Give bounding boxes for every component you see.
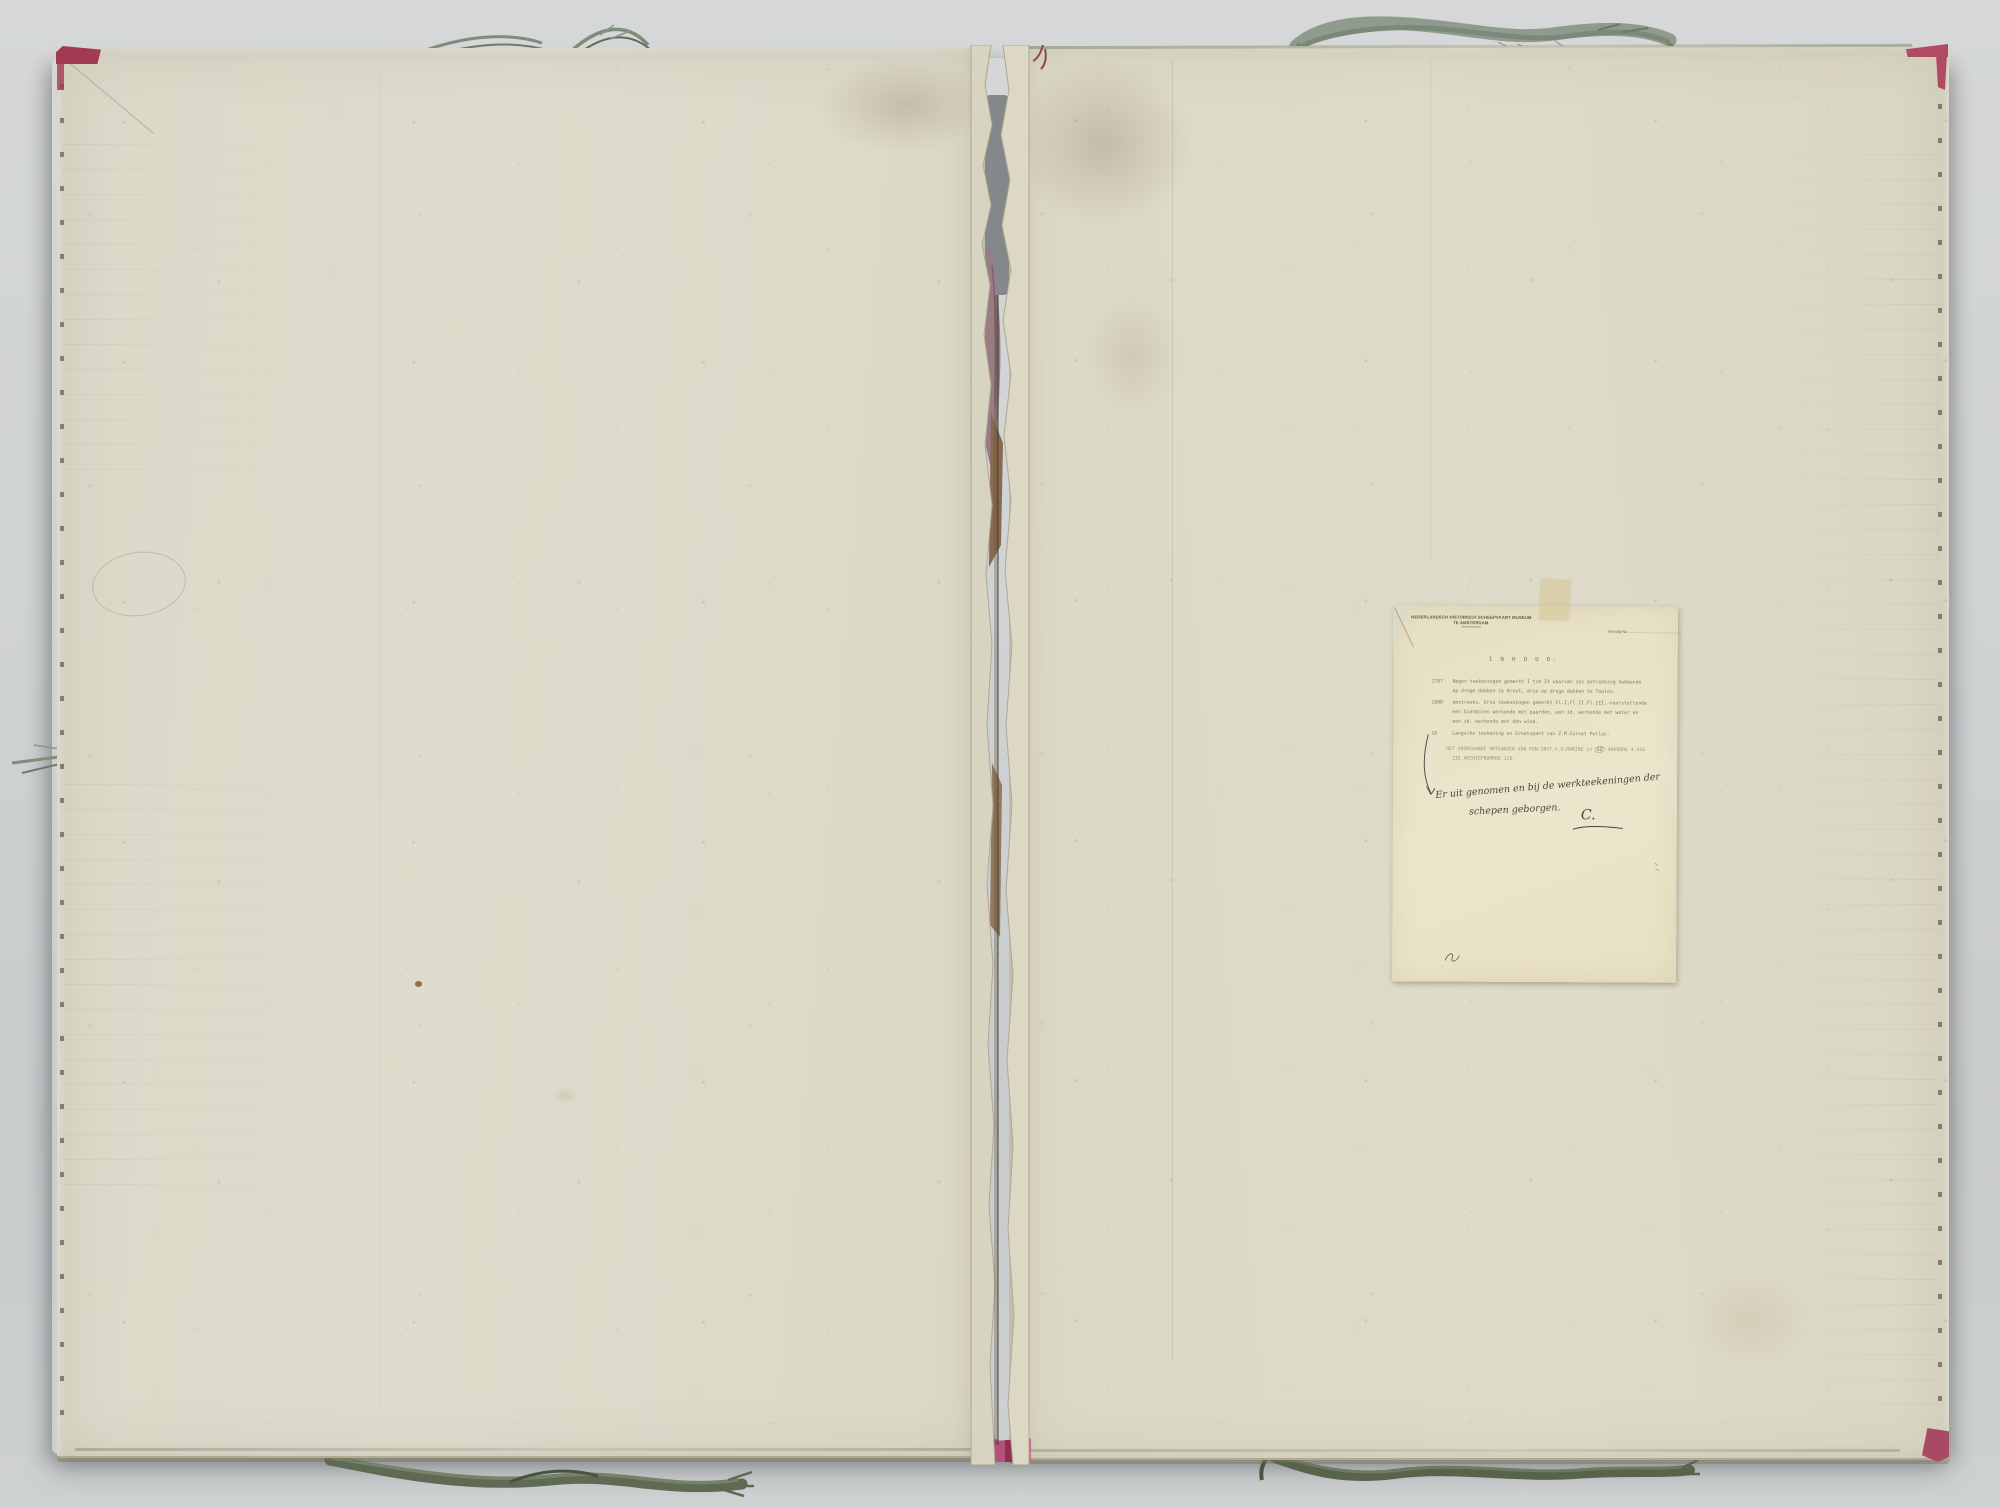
stain (1085, 290, 1180, 420)
vervolg-dotted-line (1630, 632, 1682, 633)
paper-seam (380, 70, 381, 1410)
ink-scribble (1442, 951, 1462, 966)
vervolg-number-field: Vervolg No. (1608, 629, 1682, 634)
pencil-marks (1653, 861, 1663, 873)
stitching-right-edge (1938, 104, 1942, 1434)
vervolg-label: Vervolg No. (1608, 629, 1629, 634)
handwriting-signature: C. (1581, 806, 1596, 823)
signature-flourish (1571, 824, 1626, 832)
handwriting-line1: Er uit genomen en bij de werkteekeningen… (1435, 771, 1665, 801)
cloth-edge-bottom-right-page (1020, 1449, 1900, 1452)
letterhead-line2: TE AMSTERDAM. (1409, 620, 1534, 626)
paper-seam (1430, 60, 1431, 560)
paper-striations-left-top (62, 120, 262, 480)
museum-letterhead: NEDERLANDSCH HISTORISCH SCHEEPVAART MUSE… (1409, 614, 1534, 627)
entry-year: 1800 (1431, 699, 1442, 705)
receipt-inserted-number: 52 (1595, 746, 1606, 754)
stitching-left-edge (60, 84, 64, 1440)
paper-striations-left (62, 760, 292, 1190)
entry-text: een id. werkende met den wind. (1452, 719, 1538, 725)
stain (1690, 1270, 1810, 1370)
pasted-inhoud-note: NEDERLANDSCH HISTORISCH SCHEEPVAART MUSE… (1392, 605, 1678, 982)
photograph-of-open-portfolio: NEDERLANDSCH HISTORISCH SCHEEPVAART MUSE… (0, 0, 2000, 1508)
entry-text: omstreeks. Drie teekeningen gemerkt Fl.I… (1452, 700, 1646, 707)
receipt-text: AKKOORD 4.918 (1608, 747, 1645, 753)
stain (552, 1086, 578, 1104)
entry-text: Langsche teekening en Grootspant van Z.M… (1452, 731, 1609, 737)
entry-text: een bietmolen werkende met paarden, een … (1452, 709, 1638, 715)
receipt-line: ZIE ARCHIEFNUMMER 128. (1452, 756, 1515, 762)
spine-gap (945, 45, 1050, 1465)
entry-year: 1787 (1432, 678, 1443, 684)
letterhead-underline (1462, 627, 1481, 628)
paper-seam (1172, 60, 1173, 1360)
receipt-line: HET VOORGAANDE ONTVANGEN VAN KON.INST.V.… (1446, 746, 1645, 754)
receipt-text: HET VOORGAANDE ONTVANGEN VAN KON.INST.V.… (1446, 746, 1592, 752)
inhoud-title: I N H O U D. (1474, 656, 1574, 663)
entry-text: Negen teekeningen gemerkt I t/m IX waarv… (1453, 679, 1642, 685)
brown-spot (415, 981, 422, 987)
handwriting-line2: schepen geborgen. (1469, 802, 1561, 817)
paper-striations-right (1730, 130, 1940, 1410)
cloth-edge-bottom-left-page (75, 1448, 975, 1451)
red-cover-edge-top-left (57, 64, 64, 90)
entry-text: op droge dokken te Brest, drie op droge … (1453, 688, 1616, 694)
